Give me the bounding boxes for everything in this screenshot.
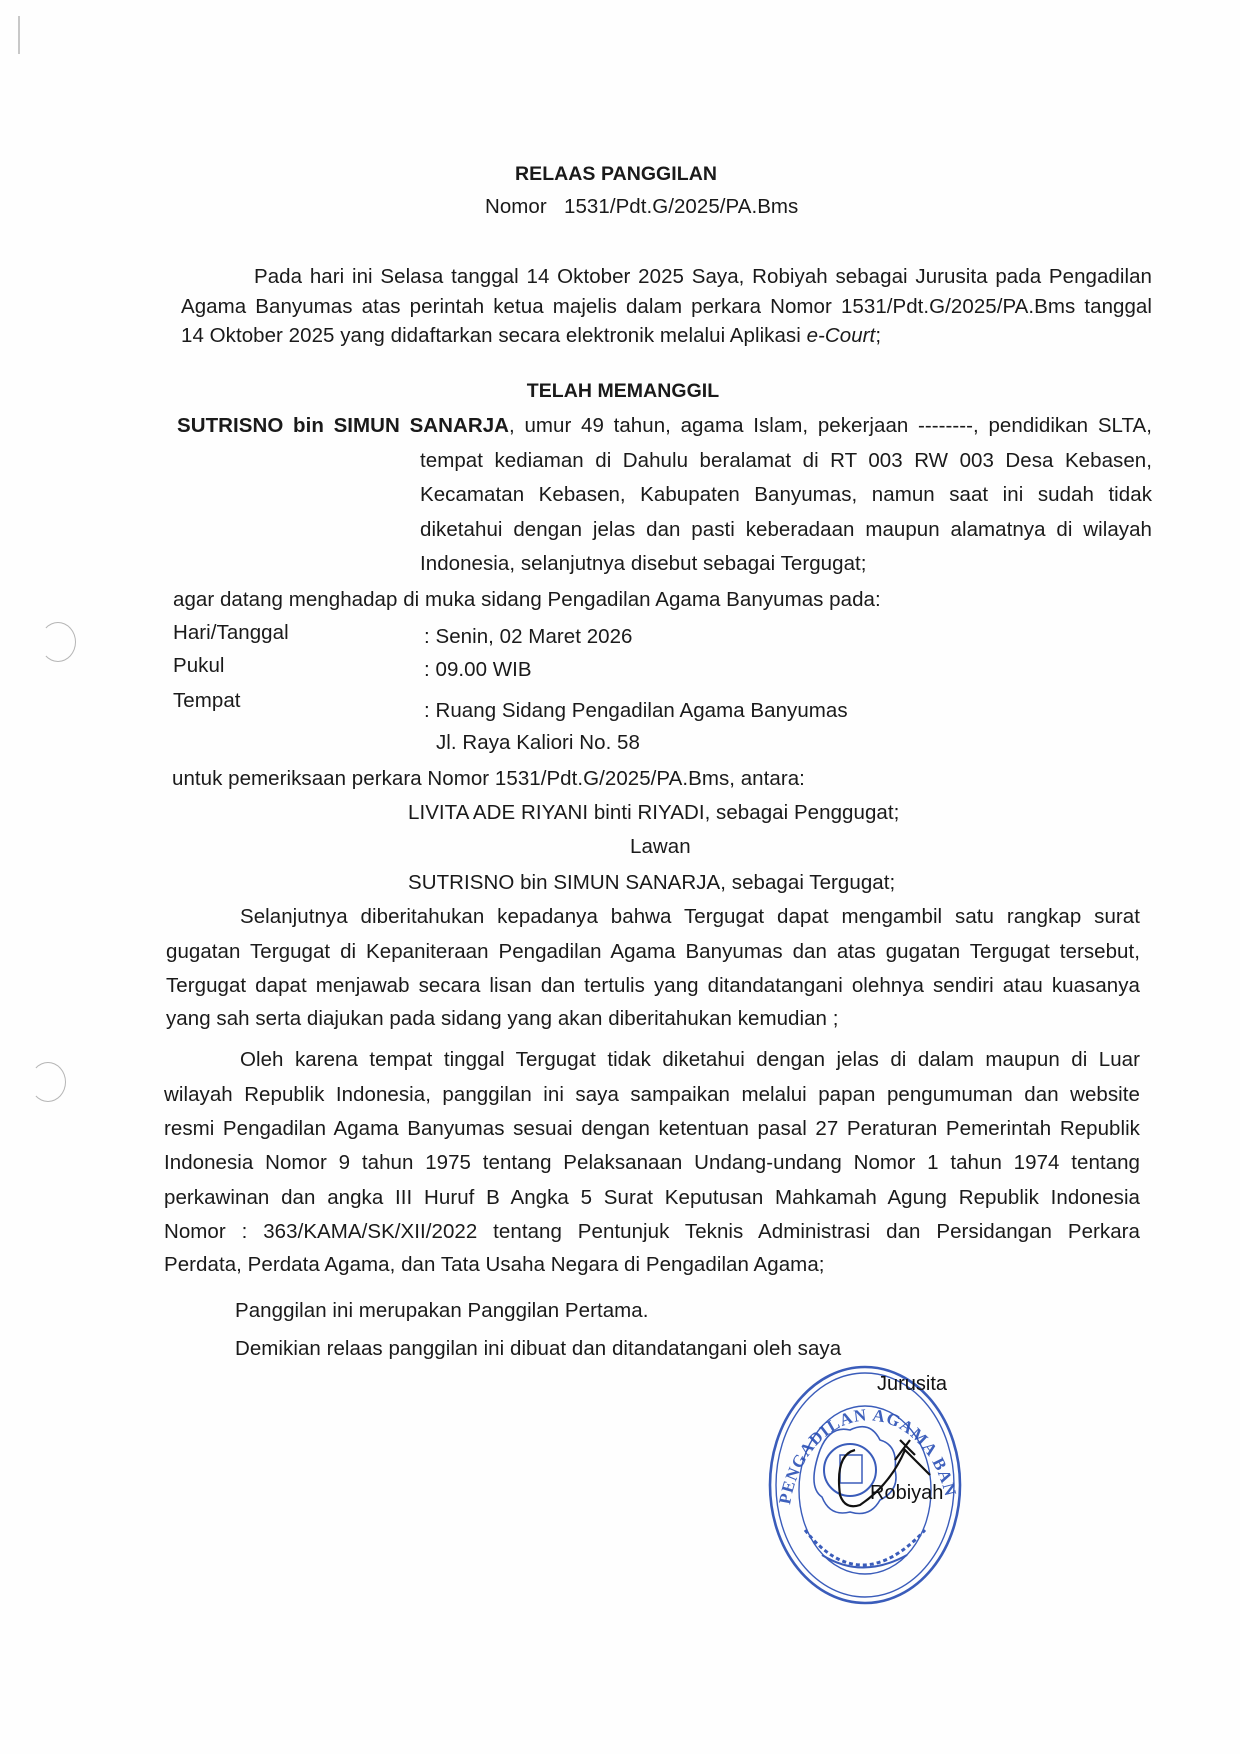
court-address: Jl. Raya Kaliori No. 58 bbox=[436, 730, 640, 756]
punch-hole-mark bbox=[30, 1062, 66, 1102]
schedule-label-date: Hari/Tanggal bbox=[173, 620, 289, 646]
defendant-party-line: SUTRISNO bin SIMUN SANARJA, sebagai Terg… bbox=[408, 870, 895, 896]
intro-line-3-text: 14 Oktober 2025 yang didaftarkan secara … bbox=[181, 324, 807, 347]
document-page: RELAAS PANGGILAN Nomor 1531/Pdt.G/2025/P… bbox=[0, 0, 1240, 1754]
document-number: Nomor 1531/Pdt.G/2025/PA.Bms bbox=[485, 194, 798, 220]
case-line: untuk pemeriksaan perkara Nomor 1531/Pdt… bbox=[172, 766, 805, 792]
schedule-value-place: : Ruang Sidang Pengadilan Agama Banyumas bbox=[424, 698, 848, 724]
punch-hole-mark bbox=[40, 622, 76, 662]
defendant-name: SUTRISNO bin SIMUN SANARJA bbox=[177, 414, 509, 437]
ecourt-term: e-Court bbox=[807, 324, 876, 347]
closing-line: Demikian relaas panggilan ini dibuat dan… bbox=[235, 1336, 841, 1362]
schedule-value-date: : Senin, 02 Maret 2026 bbox=[424, 624, 633, 650]
defendant-line-3: Kecamatan Kebasen, Kabupaten Banyumas, n… bbox=[420, 482, 1152, 508]
scan-edge-mark bbox=[18, 16, 20, 54]
schedule-label-time: Pukul bbox=[173, 653, 225, 679]
notice-line-2: gugatan Tergugat di Kepaniteraan Pengadi… bbox=[166, 939, 1140, 965]
legal-basis-line-5: perkawinan dan angka III Huruf B Angka 5… bbox=[164, 1185, 1140, 1211]
document-number-value: 1531/Pdt.G/2025/PA.Bms bbox=[564, 195, 798, 218]
versus-line: Lawan bbox=[630, 834, 691, 860]
legal-basis-line-7: Perdata, Perdata Agama, dan Tata Usaha N… bbox=[164, 1252, 825, 1278]
defendant-line-4: diketahui dengan jelas dan pasti keberad… bbox=[420, 517, 1152, 543]
notice-line-4: yang sah serta diajukan pada sidang yang… bbox=[166, 1006, 839, 1032]
defendant-line-1: SUTRISNO bin SIMUN SANARJA, umur 49 tahu… bbox=[177, 413, 1152, 439]
document-title: RELAAS PANGGILAN bbox=[0, 161, 1236, 187]
called-heading: TELAH MEMANGGIL bbox=[3, 378, 1240, 404]
notice-line-3: Tergugat dapat menjawab secara lisan dan… bbox=[166, 973, 1140, 999]
legal-basis-line-1: Oleh karena tempat tinggal Tergugat tida… bbox=[240, 1047, 1140, 1073]
signer-role: Jurusita bbox=[877, 1373, 947, 1396]
notice-line-1: Selanjutnya diberitahukan kepadanya bahw… bbox=[240, 904, 1140, 930]
intro-line-1: Pada hari ini Selasa tanggal 14 Oktober … bbox=[254, 264, 1152, 290]
defendant-line-2: tempat kediaman di Dahulu beralamat di R… bbox=[420, 448, 1152, 474]
legal-basis-line-3: resmi Pengadilan Agama Banyumas sesuai d… bbox=[164, 1116, 1140, 1142]
defendant-details: , umur 49 tahun, agama Islam, pekerjaan … bbox=[509, 414, 1152, 437]
intro-line-2: Agama Banyumas atas perintah ketua majel… bbox=[181, 294, 1152, 320]
legal-basis-line-4: Indonesia Nomor 9 tahun 1975 tentang Pel… bbox=[164, 1150, 1140, 1176]
first-call-line: Panggilan ini merupakan Panggilan Pertam… bbox=[235, 1298, 649, 1324]
signer-name: Robiyah bbox=[870, 1482, 943, 1505]
legal-basis-line-2: wilayah Republik Indonesia, panggilan in… bbox=[164, 1082, 1140, 1108]
intro-line-3: 14 Oktober 2025 yang didaftarkan secara … bbox=[181, 323, 881, 349]
plaintiff-line: LIVITA ADE RIYANI binti RIYADI, sebagai … bbox=[408, 800, 899, 826]
schedule-value-time: : 09.00 WIB bbox=[424, 657, 532, 683]
schedule-label-place: Tempat bbox=[173, 688, 241, 714]
legal-basis-line-6: Nomor : 363/KAMA/SK/XII/2022 tentang Pen… bbox=[164, 1219, 1140, 1245]
summons-line: agar datang menghadap di muka sidang Pen… bbox=[173, 587, 881, 613]
document-number-label: Nomor bbox=[485, 195, 547, 218]
defendant-line-5: Indonesia, selanjutnya disebut sebagai T… bbox=[420, 551, 867, 577]
intro-line-3-end: ; bbox=[875, 324, 881, 347]
